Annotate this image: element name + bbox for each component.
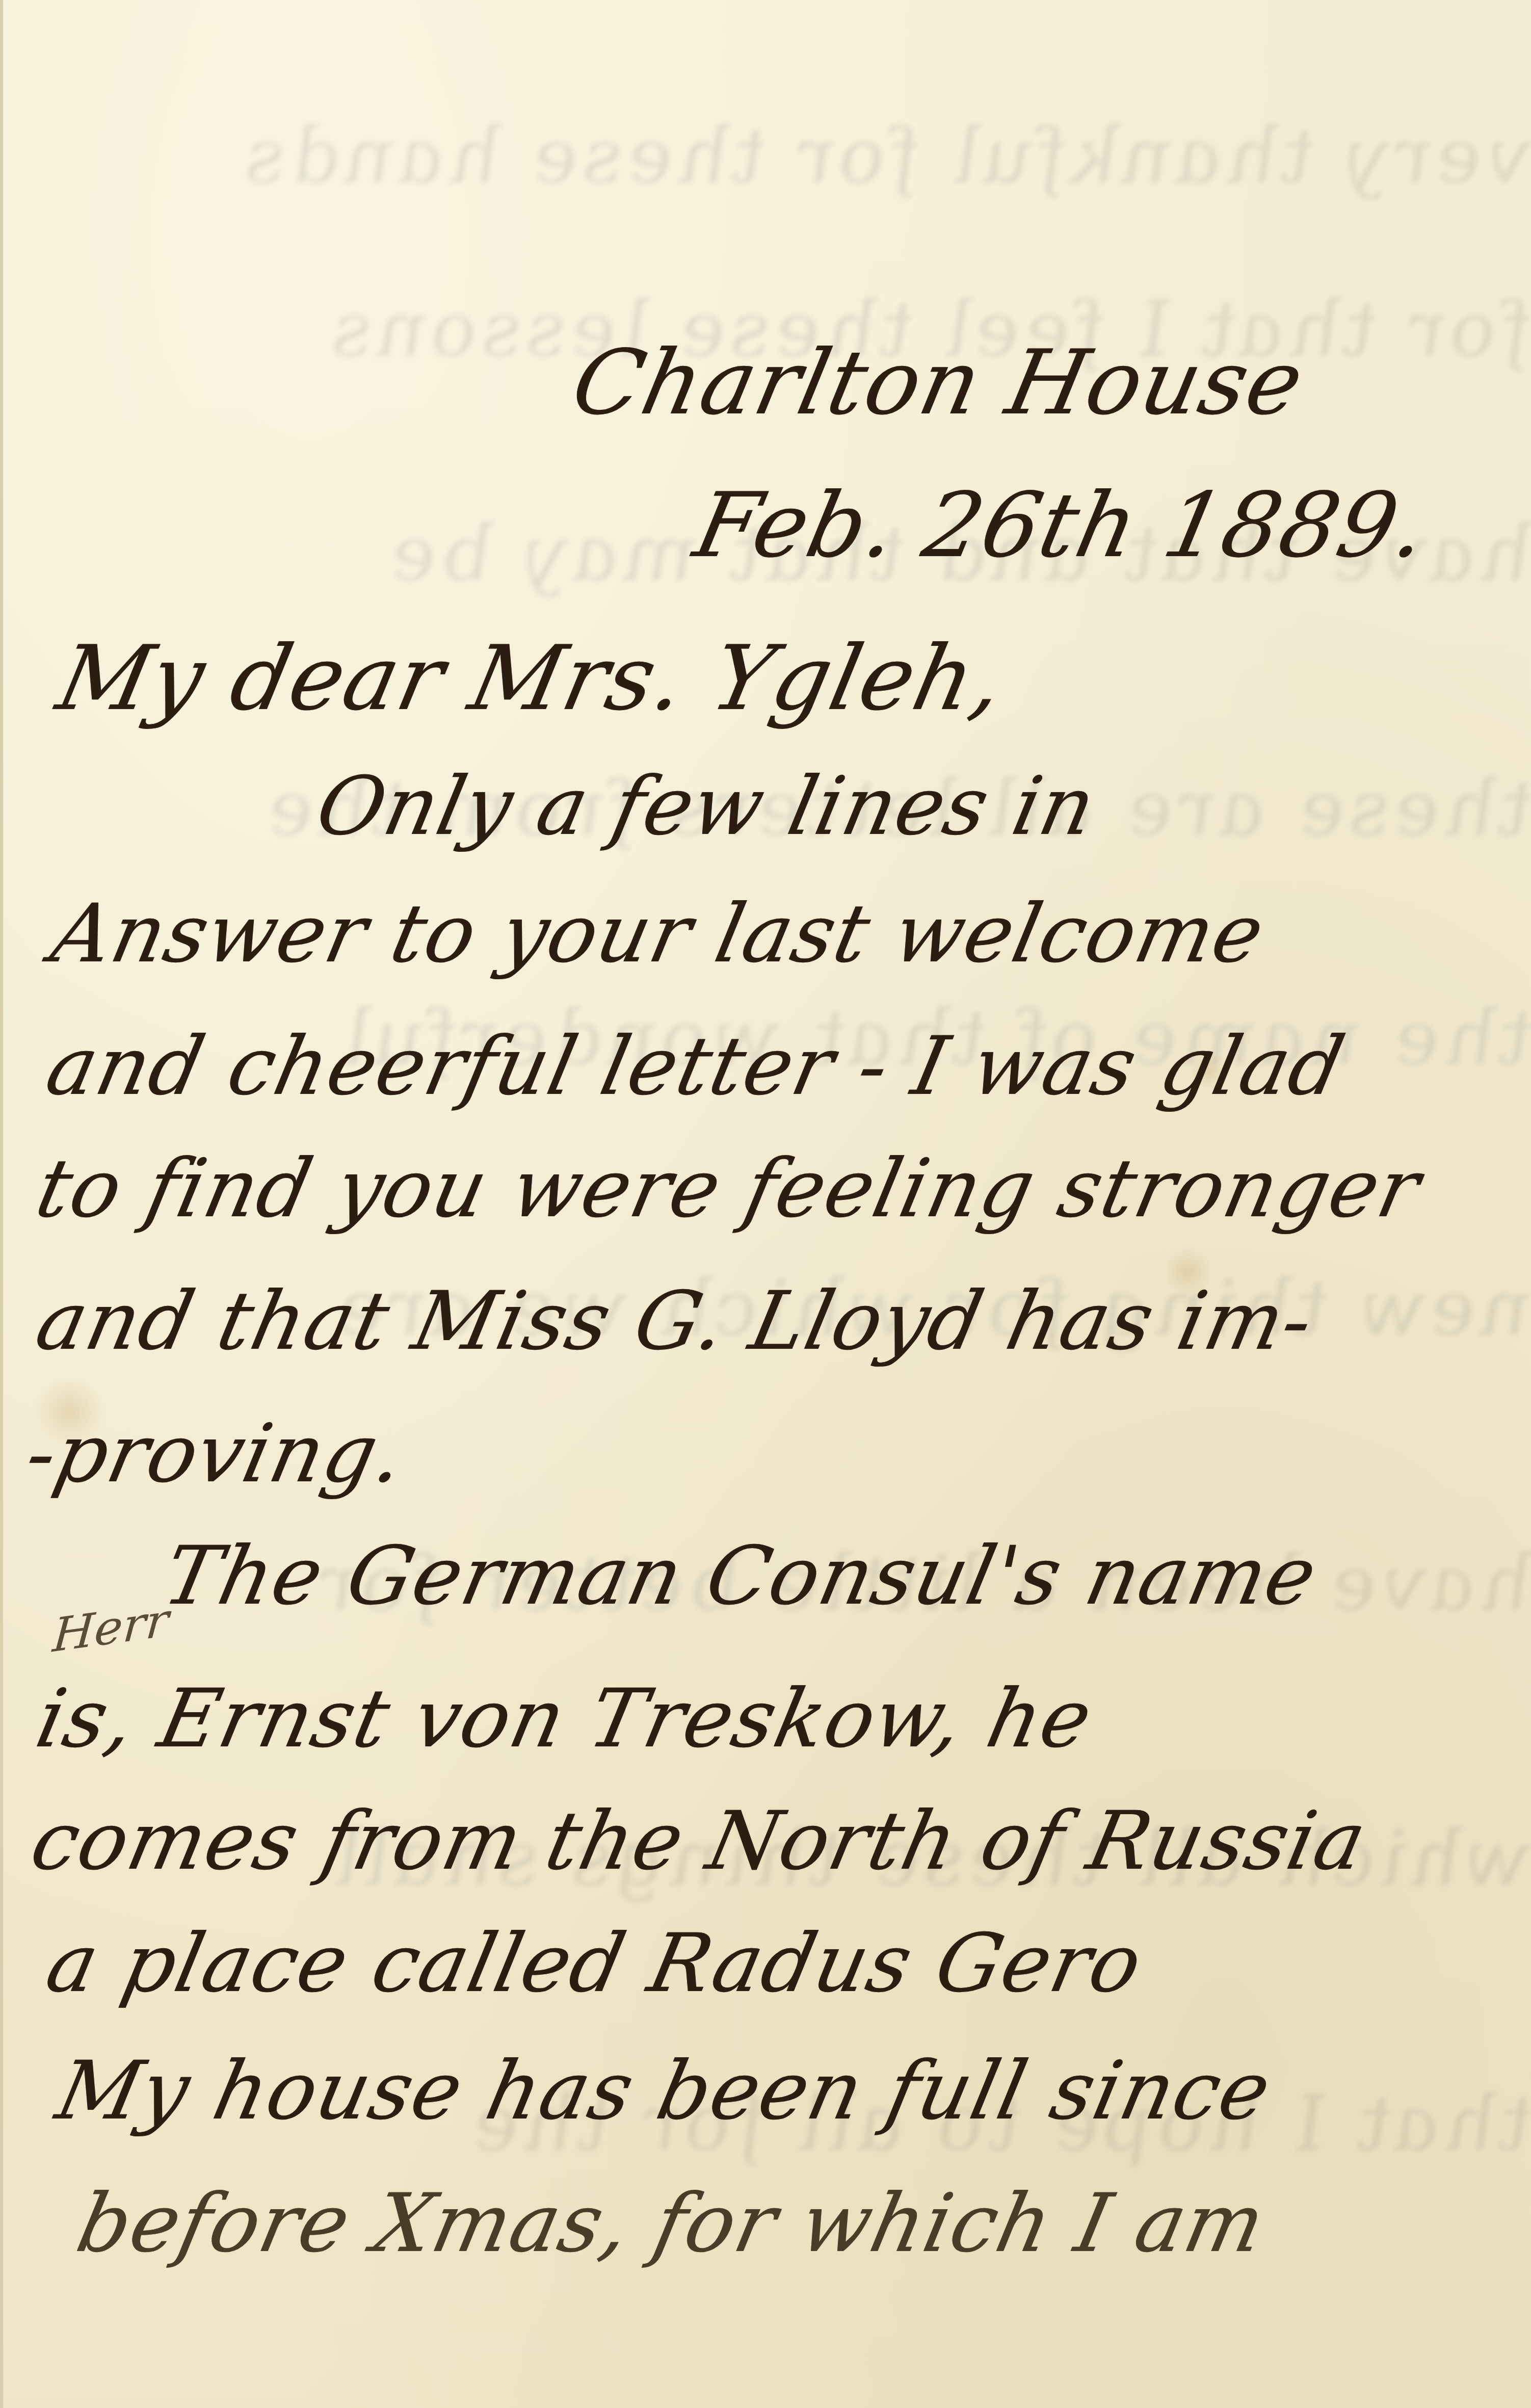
letter-line: and that Miss G. Lloyd has im- — [29, 1274, 1322, 1368]
letter-line: Answer to your last welcome — [44, 887, 1273, 981]
letter-page: very thankful for these hands for that I… — [0, 0, 1531, 2408]
letter-line: and cheerful letter - I was glad — [39, 1019, 1353, 1113]
letter-address: Charlton House — [564, 331, 1313, 435]
letter-line: -proving. — [18, 1407, 413, 1501]
letter-line: a place called Radus Gero — [39, 1917, 1151, 2010]
letter-line: to find you were feeling stronger — [29, 1142, 1429, 1236]
bleed-through-line: very thankful for these hands — [0, 112, 1531, 201]
letter-line: My house has been full since — [49, 2044, 1279, 2138]
letter-line: Only a few lines in — [309, 760, 1104, 853]
letter-insertion: Herr — [51, 1593, 171, 1663]
letter-line: is, Ernst von Treskow, he — [29, 1672, 1101, 1766]
letter-line: The German Consul's name — [156, 1529, 1325, 1623]
letter-line: comes from the North of Russia — [23, 1794, 1375, 1888]
letter-date: Feb. 26th 1889. — [686, 474, 1437, 578]
letter-salutation: My dear Mrs. Ygleh, — [49, 627, 1014, 730]
letter-line: before Xmas, for which I am — [69, 2177, 1274, 2270]
